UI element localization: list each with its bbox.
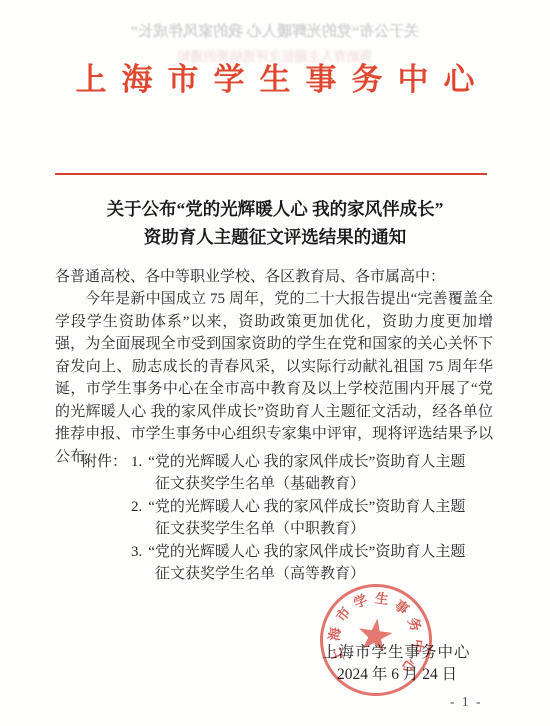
stamp-arc-char: 务 <box>404 614 425 635</box>
attachments-list: 1.“党的光辉暖人心 我的家风伴成长”资助育人主题 征文获奖学生名单（基础教育）… <box>131 451 465 586</box>
attachments-label: 附件： <box>82 451 127 586</box>
salutation: 各普通高校、各中等职业学校、各区教育局、各市属高中： <box>55 266 493 288</box>
body-paragraph: 今年是新中国成立 75 周年，党的二十大报告提出“完善覆盖全学段学生资助体系”以… <box>55 288 493 468</box>
signature-organization: 上海市学生事务中心 <box>322 640 471 662</box>
attachment-title-line: “党的光辉暖人心 我的家风伴成长”资助育人主题 <box>148 544 465 560</box>
attachment-title-line: “党的光辉暖人心 我的家风伴成长”资助育人主题 <box>148 499 465 515</box>
stamp-arc-char: 生 <box>373 590 391 608</box>
attachment-subtitle-line: 征文获奖学生名单（基础教育） <box>131 473 465 495</box>
stamp-arc-char: 市 <box>332 604 354 626</box>
attachment-subtitle-line: 征文获奖学生名单（中职教育） <box>131 518 465 540</box>
document-title-line2: 资助育人主题征文评选结果的通知 <box>0 223 550 251</box>
page-number: - 1 - <box>450 694 483 710</box>
bleed-through-text-1: 关于公布“党的光辉暖人心 我的家风伴成长” <box>0 20 550 41</box>
attachment-subtitle-line: 征文获奖学生名单（高等教育） <box>131 563 465 585</box>
document-title-line1: 关于公布“党的光辉暖人心 我的家风伴成长” <box>0 195 550 223</box>
attachment-item: 3.“党的光辉暖人心 我的家风伴成长”资助育人主题 征文获奖学生名单（高等教育） <box>131 541 465 586</box>
document-body: 各普通高校、各中等职业学校、各区教育局、各市属高中： 今年是新中国成立 75 周… <box>55 266 493 468</box>
attachment-item: 2.“党的光辉暖人心 我的家风伴成长”资助育人主题 征文获奖学生名单（中职教育） <box>131 496 465 541</box>
document-title: 关于公布“党的光辉暖人心 我的家风伴成长” 资助育人主题征文评选结果的通知 <box>0 195 550 251</box>
attachment-number: 3. <box>131 544 142 560</box>
attachment-number: 1. <box>131 454 142 470</box>
attachments-section: 附件： 1.“党的光辉暖人心 我的家风伴成长”资助育人主题 征文获奖学生名单（基… <box>82 451 482 586</box>
attachment-number: 2. <box>131 499 142 515</box>
signature-date: 2024 年 6 月 24 日 <box>337 662 457 684</box>
attachment-title-line: “党的光辉暖人心 我的家风伴成长”资助育人主题 <box>148 454 465 470</box>
stamp-arc-char: 学 <box>350 592 371 613</box>
document-page: 关于公布“党的光辉暖人心 我的家风伴成长” 资助育人主题征文评选结果的通知 上海… <box>0 0 550 726</box>
attachment-item: 1.“党的光辉暖人心 我的家风伴成长”资助育人主题 征文获奖学生名单（基础教育） <box>131 451 465 496</box>
letterhead-title: 上海市学生事务中心 <box>0 54 550 99</box>
stamp-arc-char: 事 <box>390 596 412 618</box>
letterhead-divider-line <box>55 173 487 175</box>
